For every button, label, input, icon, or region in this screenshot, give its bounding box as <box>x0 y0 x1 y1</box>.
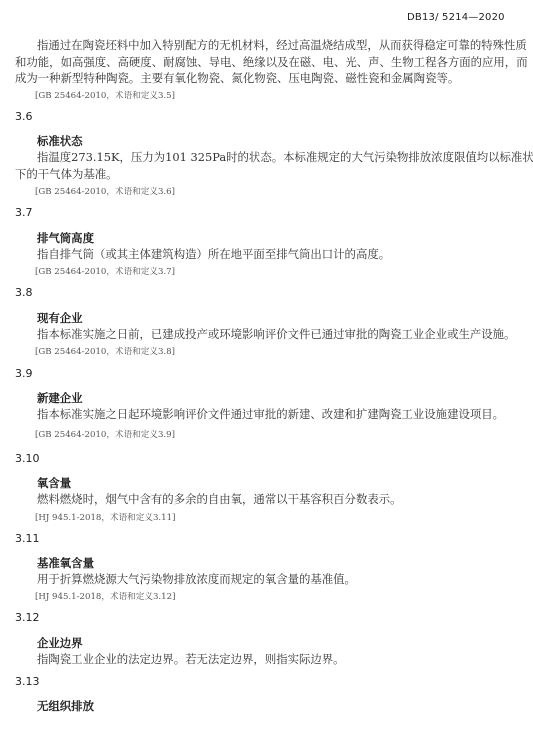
term-title-3-13: 无组织排放 <box>37 698 94 714</box>
reference-3-7: [GB 25464-2010，术语和定义3.7] <box>35 265 175 277</box>
definition-3-11: 用于折算燃烧源大气污染物排放浓度而规定的氧含量的基准值。 <box>37 571 356 588</box>
definition-3-8: 指本标准实施之日前，已建成投产或环境影响评价文件已通过审批的陶瓷工业企业或生产设… <box>37 326 515 343</box>
term-title-3-7: 排气筒高度 <box>37 230 94 246</box>
section-number-3-11: 3.11 <box>15 532 40 545</box>
term-title-3-6: 标准状态 <box>37 133 83 149</box>
section-number-3-8: 3.8 <box>15 286 33 299</box>
definition-line-1: 指温度273.15K，压力为101 325Pa时的状态。本标准规定的大气污染物排… <box>15 149 495 166</box>
definition-3-10: 燃料燃烧时，烟气中含有的多余的自由氧，通常以干基容积百分数表示。 <box>37 491 402 508</box>
term-title-3-11: 基准氧含量 <box>37 555 94 571</box>
reference-3-10: [HJ 945.1-2018，术语和定义3.11] <box>35 511 175 523</box>
definition-line-2: 下的干气体为基准。 <box>15 166 495 183</box>
section-number-3-9: 3.9 <box>15 367 33 380</box>
intro-line-3: 成为一种新型特种陶瓷。主要有氧化物瓷、氮化物瓷、压电陶瓷、磁性瓷和金属陶瓷等。 <box>15 70 495 87</box>
definition-3-9: 指本标准实施之日起环境影响评价文件通过审批的新建、改建和扩建陶瓷工业设施建设项目… <box>37 406 504 423</box>
section-number-3-7: 3.7 <box>15 206 33 219</box>
reference-3-11: [HJ 945.1-2018，术语和定义3.12] <box>35 590 175 602</box>
intro-paragraph: 指通过在陶瓷坯料中加入特别配方的无机材料，经过高温烧结成型，从而获得稳定可靠的特… <box>15 37 495 87</box>
term-title-3-8: 现有企业 <box>37 310 83 326</box>
intro-line-2: 和功能，如高强度、高硬度、耐腐蚀、导电、绝缘以及在磁、电、光、声、生物工程各方面… <box>15 54 495 71</box>
definition-3-7: 指自排气筒（或其主体建筑构造）所在地平面至排气筒出口计的高度。 <box>37 246 390 263</box>
intro-line-1: 指通过在陶瓷坯料中加入特别配方的无机材料，经过高温烧结成型，从而获得稳定可靠的特… <box>15 37 495 54</box>
term-title-3-9: 新建企业 <box>37 390 83 406</box>
definition-3-12: 指陶瓷工业企业的法定边界。若无法定边界，则指实际边界。 <box>37 651 345 668</box>
document-code-header: DB13/ 5214—2020 <box>407 12 505 23</box>
reference-3-9: [GB 25464-2010，术语和定义3.9] <box>35 428 175 440</box>
reference-3-8: [GB 25464-2010，术语和定义3.8] <box>35 345 175 357</box>
section-number-3-6: 3.6 <box>15 110 33 123</box>
reference-3-6: [GB 25464-2010，术语和定义3.6] <box>35 185 175 197</box>
term-title-3-10: 氧含量 <box>37 475 71 491</box>
section-number-3-13: 3.13 <box>15 675 40 688</box>
definition-3-6: 指温度273.15K，压力为101 325Pa时的状态。本标准规定的大气污染物排… <box>15 149 495 182</box>
term-title-3-12: 企业边界 <box>37 635 83 651</box>
section-number-3-12: 3.12 <box>15 611 40 624</box>
section-number-3-10: 3.10 <box>15 452 40 465</box>
intro-reference: [GB 25464-2010，术语和定义3.5] <box>35 89 175 101</box>
